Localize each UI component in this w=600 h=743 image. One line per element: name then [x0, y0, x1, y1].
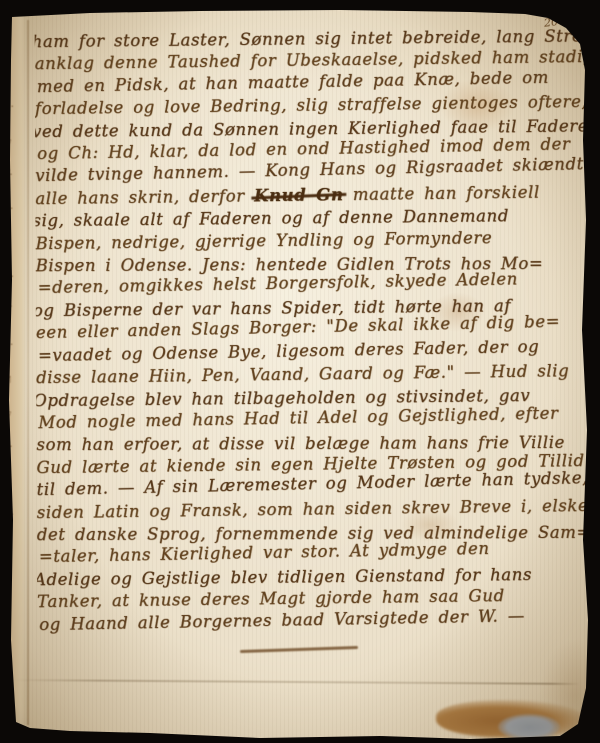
handwritten-text-block: ham for store Laster, Sønnen sig intet b… — [35, 29, 590, 656]
line-text: maatte han forskiell — [353, 182, 540, 203]
page-number: 20 — [543, 15, 558, 29]
line-text: alle hans skrin, derfor — [35, 186, 245, 208]
manuscript-page: ᛋ· ⁊ ſ· ꝛ· ᛋ ⁊· ſ ꝛ· ᛋ ⁊ ſ· ꝛ ᛋ· 20 ham … — [0, 0, 600, 743]
adjacent-leaf-ink-marks: ᛋ· ⁊ ſ· ꝛ· ᛋ ⁊· ſ ꝛ· ᛋ ⁊ ſ· ꝛ ᛋ· — [1, 90, 17, 650]
struck-out-word: Knud Gn — [254, 185, 344, 205]
page-edge-crease — [27, 20, 29, 725]
